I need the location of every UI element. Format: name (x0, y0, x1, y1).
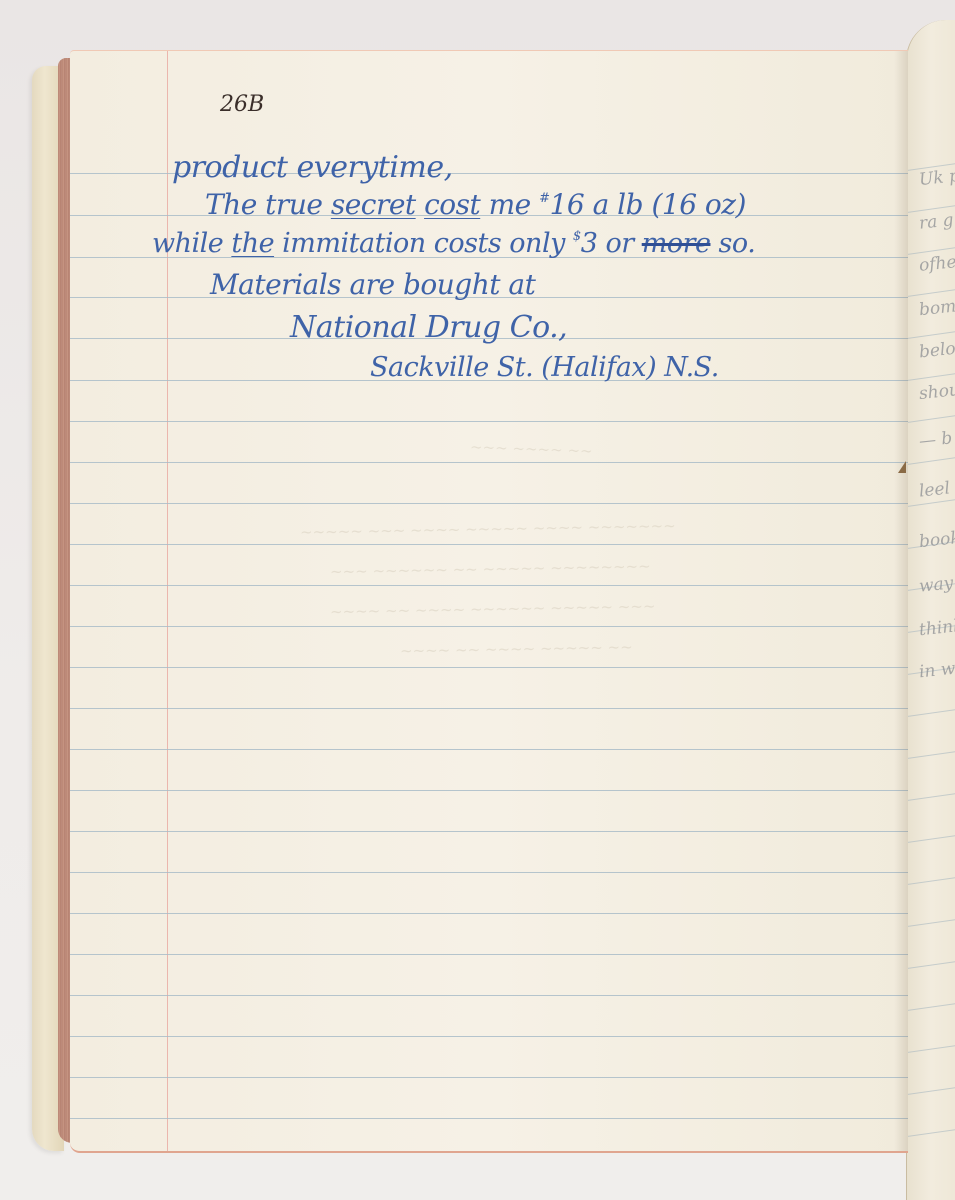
ruled-line (907, 1041, 955, 1053)
handwritten-line-5: National Drug Co., (290, 310, 567, 345)
ruled-line (70, 462, 908, 463)
margin-line (167, 51, 168, 1151)
ruled-line (70, 1077, 908, 1078)
ruled-line (907, 411, 955, 423)
facing-page-text: in wo (918, 658, 955, 683)
ruled-line (70, 544, 908, 545)
facing-page-text: bomi (918, 296, 955, 320)
handwritten-line-1: product everytime, (172, 150, 453, 185)
ruled-line (70, 1036, 908, 1037)
line-2-space (416, 188, 424, 221)
ruled-line (907, 285, 955, 297)
line-3-underlined-word: the (231, 228, 274, 259)
handwritten-line-3: while the immitation costs only $3 or mo… (152, 228, 755, 259)
ruled-line (907, 705, 955, 717)
ruled-line (70, 626, 908, 627)
line-2-text: The true (205, 188, 331, 221)
line-3-text: while (152, 228, 231, 259)
ruled-line (907, 747, 955, 759)
ruled-line (907, 327, 955, 339)
ruled-line (70, 421, 908, 422)
line-2-text: me (480, 188, 539, 221)
ruled-line (70, 749, 908, 750)
page-number: 26B (220, 92, 264, 117)
ruled-line (70, 872, 908, 873)
ruled-line (907, 999, 955, 1011)
line-2-underlined-word: cost (424, 188, 480, 221)
facing-page-right: Uk p ra g ofhe bomi belog shou — b leel … (906, 20, 955, 1200)
facing-page-text: shou (918, 380, 955, 404)
tear-mark (898, 461, 906, 473)
line-3-text: 3 or (581, 228, 642, 259)
dollar-symbol: $ (573, 229, 581, 244)
gutter-shadow (894, 51, 908, 1151)
line-2-text: 16 a lb (16 oz) (550, 188, 746, 221)
pound-symbol: # (539, 191, 549, 206)
facing-page-text: belog (918, 338, 955, 363)
ruled-line (907, 789, 955, 801)
line-3-text: so. (710, 228, 755, 259)
ruled-line (70, 995, 908, 996)
ruled-line (907, 1125, 955, 1137)
ruled-line (70, 585, 908, 586)
ruled-line (907, 957, 955, 969)
facing-page-text: way (918, 573, 954, 596)
ruled-line (70, 1118, 908, 1119)
facing-page-text: Uk p (918, 166, 955, 190)
facing-page-text: book (918, 528, 955, 552)
line-2-underlined-word: secret (331, 188, 416, 221)
ruled-line (70, 954, 908, 955)
ruled-line (70, 790, 908, 791)
struck-word: more (642, 228, 711, 259)
ruled-line (70, 708, 908, 709)
facing-page-text: think (918, 616, 955, 641)
ruled-line (907, 1083, 955, 1095)
ruled-line (70, 913, 908, 914)
handwritten-line-2: The true secret cost me #16 a lb (16 oz) (205, 188, 746, 221)
ruled-line (70, 831, 908, 832)
facing-page-text: ofhe (918, 252, 955, 276)
ruled-line (907, 453, 955, 465)
facing-page-text: ra g (918, 210, 954, 234)
handwritten-line-4: Materials are bought at (210, 268, 535, 301)
ruled-line (907, 915, 955, 927)
ruled-line (907, 831, 955, 843)
ruled-line (70, 503, 908, 504)
facing-page-text: leel (918, 478, 951, 501)
photo-stage: Uk p ra g ofhe bomi belog shou — b leel … (0, 0, 955, 1200)
handwritten-line-6: Sackville St. (Halifax) N.S. (370, 352, 719, 383)
ruled-line (907, 369, 955, 381)
facing-page-text: — b (918, 428, 953, 451)
ruled-line (70, 667, 908, 668)
line-3-text: immitation costs only (274, 228, 573, 259)
ruled-line (907, 873, 955, 885)
